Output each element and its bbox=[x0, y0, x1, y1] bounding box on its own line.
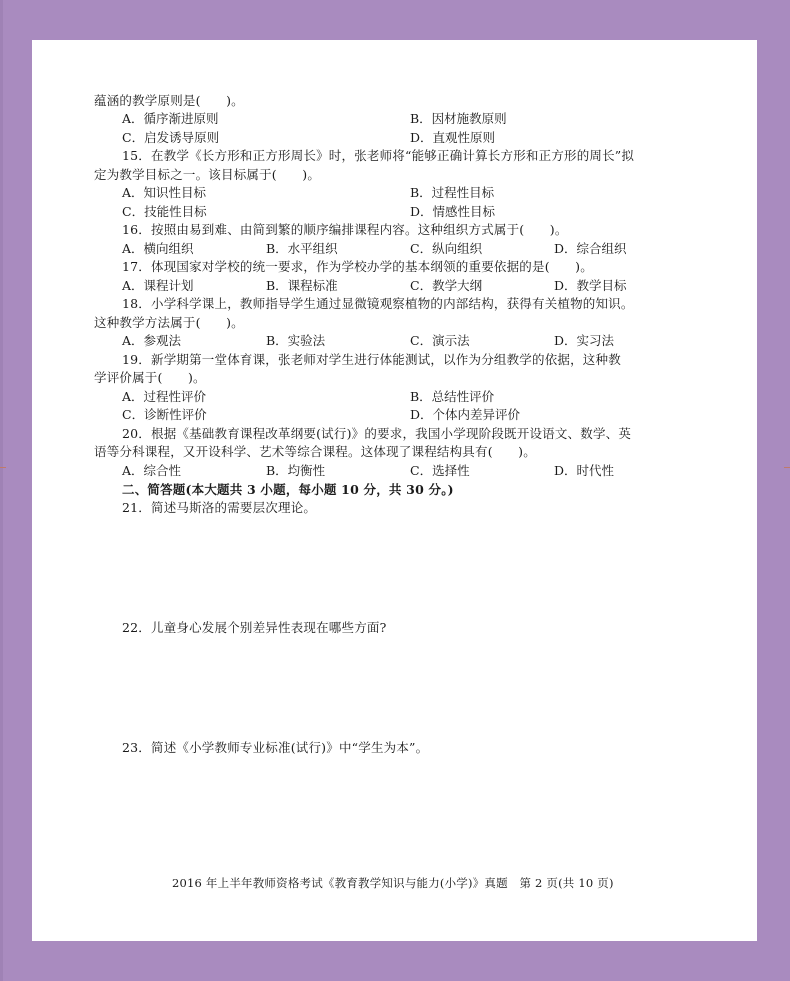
q17-option-d: D．教学目标 bbox=[554, 278, 627, 294]
crop-mark-right bbox=[784, 467, 790, 468]
crop-mark-left bbox=[0, 467, 6, 468]
q18-option-b: B．实验法 bbox=[266, 333, 325, 349]
exam-page: 蕴涵的教学原则是( )。 A．循序渐进原则 B．因材施教原则 C．启发诱导原则 … bbox=[32, 40, 757, 941]
section-heading-short-answer: 二、简答题(本大题共 3 小题，每小题 10 分，共 30 分。) bbox=[122, 482, 454, 498]
q15-option-c: C．技能性目标 bbox=[122, 204, 207, 220]
q15-stem-line1: 15．在教学《长方形和正方形周长》时，张老师将“能够正确计算长方形和正方形的周长… bbox=[122, 148, 634, 164]
q19-stem-line1: 19．新学期第一堂体育课，张老师对学生进行体能测试，以作为分组教学的依据，这种教 bbox=[122, 352, 621, 368]
q20-option-a: A．综合性 bbox=[122, 463, 181, 479]
q19-option-a: A．过程性评价 bbox=[122, 389, 206, 405]
q17-option-b: B．课程标准 bbox=[266, 278, 338, 294]
q16-stem: 16．按照由易到难、由简到繁的顺序编排课程内容。这种组织方式属于( )。 bbox=[122, 222, 568, 238]
q16-option-b: B．水平组织 bbox=[266, 241, 338, 257]
page-footer: 2016 年上半年教师资格考试《教育教学知识与能力(小学)》真题 第 2 页(共… bbox=[172, 875, 614, 891]
q20-option-d: D．时代性 bbox=[554, 463, 614, 479]
q20-stem-line2: 语等分科课程，又开设科学、艺术等综合课程。这体现了课程结构具有( )。 bbox=[94, 444, 536, 460]
q17-option-c: C．教学大纲 bbox=[410, 278, 482, 294]
q18-option-c: C．演示法 bbox=[410, 333, 470, 349]
q18-option-d: D．实习法 bbox=[554, 333, 614, 349]
q20-option-c: C．选择性 bbox=[410, 463, 470, 479]
q19-stem-line2: 学评价属于( )。 bbox=[94, 370, 206, 386]
q15-option-d: D．情感性目标 bbox=[410, 204, 495, 220]
border-edge bbox=[0, 0, 3, 981]
q19-option-c: C．诊断性评价 bbox=[122, 407, 207, 423]
q20-option-b: B．均衡性 bbox=[266, 463, 325, 479]
q14-option-d: D．直观性原则 bbox=[410, 130, 495, 146]
q16-option-a: A．横向组织 bbox=[122, 241, 194, 257]
q15-stem-line2: 定为教学目标之一。该目标属于( )。 bbox=[94, 167, 320, 183]
q14-option-a: A．循序渐进原则 bbox=[122, 111, 219, 127]
q16-option-c: C．纵向组织 bbox=[410, 241, 482, 257]
q17-option-a: A．课程计划 bbox=[122, 278, 194, 294]
q18-stem-line2: 这种教学方法属于( )。 bbox=[94, 315, 244, 331]
q16-option-d: D．综合组织 bbox=[554, 241, 627, 257]
q22-stem: 22．儿童身心发展个别差异性表现在哪些方面? bbox=[122, 620, 387, 636]
q14-stem-continued: 蕴涵的教学原则是( )。 bbox=[94, 93, 244, 109]
q19-option-b: B．总结性评价 bbox=[410, 389, 494, 405]
q14-option-c: C．启发诱导原则 bbox=[122, 130, 219, 146]
q20-stem-line1: 20．根据《基础教育课程改革纲要(试行)》的要求，我国小学现阶段既开设语文、数学… bbox=[122, 426, 631, 442]
q15-option-a: A．知识性目标 bbox=[122, 185, 206, 201]
q18-option-a: A．参观法 bbox=[122, 333, 181, 349]
q21-stem: 21．简述马斯洛的需要层次理论。 bbox=[122, 500, 316, 516]
q18-stem-line1: 18．小学科学课上，教师指导学生通过显微镜观察植物的内部结构，获得有关植物的知识… bbox=[122, 296, 634, 312]
q23-stem: 23．简述《小学教师专业标准(试行)》中“学生为本”。 bbox=[122, 740, 428, 756]
q19-option-d: D．个体内差异评价 bbox=[410, 407, 520, 423]
q14-option-b: B．因材施教原则 bbox=[410, 111, 507, 127]
q15-option-b: B．过程性目标 bbox=[410, 185, 494, 201]
q17-stem: 17．体现国家对学校的统一要求，作为学校办学的基本纲领的重要依据的是( )。 bbox=[122, 259, 593, 275]
